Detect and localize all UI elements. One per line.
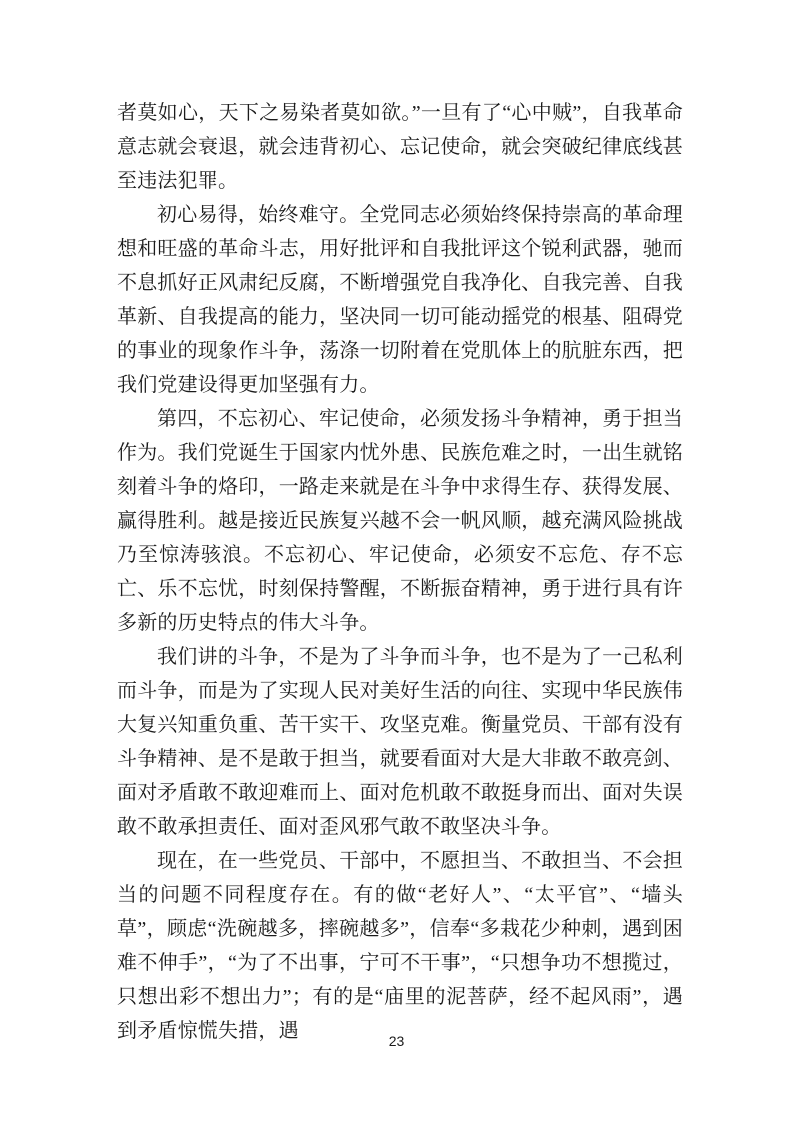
- document-page: 者莫如心，天下之易染者莫如欲。”一旦有了“心中贼”，自我革命意志就会衰退，就会违…: [0, 0, 793, 1122]
- page-number: 23: [389, 1033, 405, 1049]
- paragraph: 我们讲的斗争，不是为了斗争而斗争，也不是为了一己私利而斗争，而是为了实现人民对美…: [117, 640, 683, 844]
- paragraph: 第四，不忘初心、牢记使命，必须发扬斗争精神，勇于担当作为。我们党诞生于国家内忧外…: [117, 402, 683, 640]
- paragraph: 现在，在一些党员、干部中，不愿担当、不敢担当、不会担当的问题不同程度存在。有的做…: [117, 844, 683, 1048]
- page-footer: 23: [0, 1033, 793, 1051]
- paragraph-continuation: 者莫如心，天下之易染者莫如欲。”一旦有了“心中贼”，自我革命意志就会衰退，就会违…: [117, 96, 683, 198]
- paragraph: 初心易得，始终难守。全党同志必须始终保持崇高的革命理想和旺盛的革命斗志，用好批评…: [117, 198, 683, 402]
- document-body: 者莫如心，天下之易染者莫如欲。”一旦有了“心中贼”，自我革命意志就会衰退，就会违…: [117, 96, 683, 1048]
